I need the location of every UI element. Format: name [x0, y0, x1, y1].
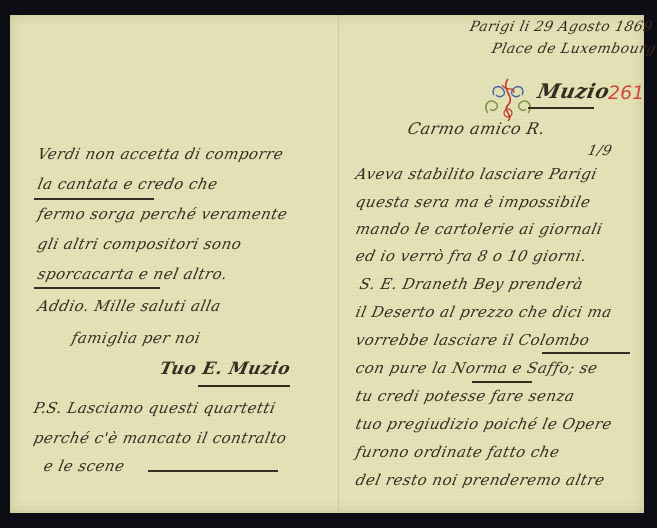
right-body-line: del resto noi prenderemo altre: [354, 471, 606, 489]
right-body-line: S. E. Draneth Bey prenderà: [358, 275, 585, 293]
right-body-line: tu credi potesse fare senza: [354, 387, 576, 405]
closing-signature-underline: [198, 385, 290, 387]
postscript-line: P.S. Lasciamo questi quartetti: [32, 399, 277, 417]
right-body-line: tuo pregiudizio poiché le Opere: [354, 415, 614, 433]
right-body-line: mando le cartolerie ai giornali: [354, 220, 604, 238]
underline-sporcacarta: [34, 287, 160, 289]
address: Place de Luxembourg: [490, 41, 657, 57]
dateline: Parigi li 29 Agosto 1869: [468, 19, 654, 35]
left-body-line: Verdi non accetta di comporre: [36, 145, 285, 163]
left-body-line: Addio. Mille saluti alla: [36, 297, 223, 315]
right-body-line: furono ordinate fatto che: [354, 443, 561, 461]
left-body-line: famiglia per noi: [70, 329, 202, 347]
right-body-line: Aveva stabilito lasciare Parigi: [354, 165, 599, 183]
right-body-line: con pure la Norma e Saffo; se: [354, 359, 599, 377]
right-body-line: vorrebbe lasciare il Colombo: [354, 331, 591, 349]
underline-cantata: [34, 198, 154, 200]
header-signature: Muzio: [535, 79, 612, 103]
postscript-line: perché c'è mancato il contralto: [32, 429, 288, 447]
right-body-line: ed io verrò fra 8 o 10 giorni.: [354, 247, 588, 265]
salutation: Carmo amico R.: [406, 119, 547, 138]
left-body-line: fermo sorga perché veramente: [36, 205, 289, 223]
underline-norma: [472, 381, 532, 383]
letter-paper: 261 Parigi li 29 Agosto 1869 Place de Lu…: [10, 15, 644, 513]
underline-colombo: [542, 352, 630, 354]
right-body-line: il Deserto al prezzo che dici ma: [354, 303, 614, 321]
closing-signature: Tuo E. Muzio: [158, 359, 292, 379]
left-body-line: sporcacarta e nel altro.: [36, 265, 229, 283]
page-fold: [338, 15, 339, 513]
archive-number: 261: [608, 82, 644, 104]
left-body-line: gli altri compositori sono: [36, 235, 243, 253]
postscript-line: e le scene: [42, 457, 126, 475]
left-body-line: la cantata e credo che: [36, 175, 219, 193]
signature-underline: [528, 107, 594, 109]
monogram-icon: [480, 75, 536, 121]
right-body-line: questa sera ma è impossibile: [354, 193, 592, 211]
salutation-suffix: 1/9: [586, 143, 613, 159]
postscript-dash: [148, 470, 278, 472]
